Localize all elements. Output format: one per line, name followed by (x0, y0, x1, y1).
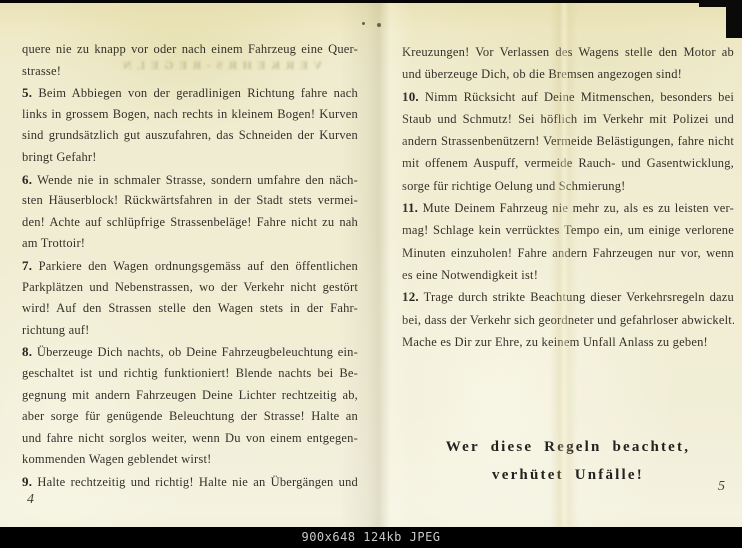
text-line: am Trottoir! (22, 233, 358, 255)
text-line: wird! Auf den Strassen stelle den Wagen … (22, 298, 358, 320)
right-page-text: Kreuzungen! Vor Verlassen des Wagens ste… (402, 41, 734, 353)
text-line: mag! Schlage kein verrücktes Tempo ein, … (402, 219, 734, 241)
text-line: 10. Nimm Rücksicht auf Deine Mitmenschen… (402, 86, 734, 108)
rule-number: 6. (22, 172, 32, 187)
text-line: Minuten einzuholen! Fahre andern Fahrzeu… (402, 242, 734, 264)
rule-number: 9. (22, 474, 32, 489)
text-line: 11. Mute Deinem Fahrzeug nie mehr zu, al… (402, 197, 734, 219)
rule-number: 10. (402, 89, 419, 104)
scan-corner-shadow (726, 0, 742, 38)
text-line: es eine Notwendigkeit ist! (402, 264, 734, 286)
staple-hole (362, 22, 365, 25)
caption-bar: 900x648 124kb JPEG (0, 527, 742, 548)
text-line: andern Strassenbenützern! Vermeide Beläs… (402, 130, 734, 152)
text-line: kommenden Wagen geblendet wirst! (22, 449, 358, 471)
text-line: links in grossem Bogen, nach rechts in k… (22, 104, 358, 126)
text-line: gegnung mit andern Fahrzeugen Deine Lich… (22, 385, 358, 407)
text-line: 5. Beim Abbiegen von der geradlinigen Ri… (22, 82, 358, 104)
staple-hole (377, 23, 381, 27)
text-line: sten Häuserblock! Rückwärtsfahren in der… (22, 190, 358, 212)
text-line: richtung auf! (22, 320, 358, 342)
text-line: bei, dass der Verkehr sich geordneter un… (402, 309, 734, 331)
text-line: geschaltet ist und richtig funktioniert!… (22, 363, 358, 385)
text-line: 12. Trage durch strikte Beachtung dieser… (402, 286, 734, 308)
text-line: 8. Überzeuge Dich nachts, ob Deine Fahrz… (22, 341, 358, 363)
text-line: Parkplätzen und Nebenstrassen, wo der Ve… (22, 277, 358, 299)
ghost-showthrough-text: VERKEHRS-REGELN (92, 58, 322, 76)
page-number-left: 4 (27, 492, 34, 508)
rule-number: 12. (402, 289, 419, 304)
rule-number: 11. (402, 200, 418, 215)
rule-number: 7. (22, 258, 32, 273)
text-line: den! Achte auf schlüpfrige Strassenbeläg… (22, 212, 358, 234)
slogan: Wer diese Regeln beachtet, verhütet Unfä… (402, 433, 734, 489)
caption-text: 900x648 124kb JPEG (301, 530, 440, 544)
text-line: aber sorge für genügende Beleuchtung der… (22, 406, 358, 428)
text-line: sorge für richtige Oelung und Schmierung… (402, 175, 734, 197)
text-line: Mache es Dir zur Ehre, zu keinem Unfall … (402, 331, 734, 353)
text-line: 9. Halte rechtzeitig und richtig! Halte … (22, 471, 358, 493)
text-line: mit offenem Auspuff, vermeide Rauch- und… (402, 152, 734, 174)
booklet-spread: quere nie zu knapp vor oder nach einem F… (0, 3, 742, 527)
scan-viewer: quere nie zu knapp vor oder nach einem F… (0, 0, 742, 548)
text-line: Kreuzungen! Vor Verlassen des Wagens ste… (402, 41, 734, 63)
text-line: Staub und Schmutz! Sei höflich im Verkeh… (402, 108, 734, 130)
text-line: und fahre nicht sorglos weiter, wenn Du … (22, 428, 358, 450)
text-line: bringt Gefahr! (22, 147, 358, 169)
slogan-line-2: verhütet Unfälle! (402, 461, 734, 489)
page-number-right: 5 (718, 479, 725, 495)
text-line: und überzeuge Dich, ob die Bremsen angez… (402, 63, 734, 85)
slogan-line-1: Wer diese Regeln beachtet, (402, 433, 734, 461)
rule-number: 8. (22, 344, 32, 359)
scan-edge-top (0, 0, 742, 3)
left-page-text: quere nie zu knapp vor oder nach einem F… (22, 39, 358, 492)
text-line: sind grundsätzlich gut auszufahren, das … (22, 125, 358, 147)
text-line: 7. Parkiere den Wagen ordnungsgemäss auf… (22, 255, 358, 277)
text-line: 6. Wende nie in schmaler Strasse, sonder… (22, 169, 358, 191)
rule-number: 5. (22, 85, 32, 100)
